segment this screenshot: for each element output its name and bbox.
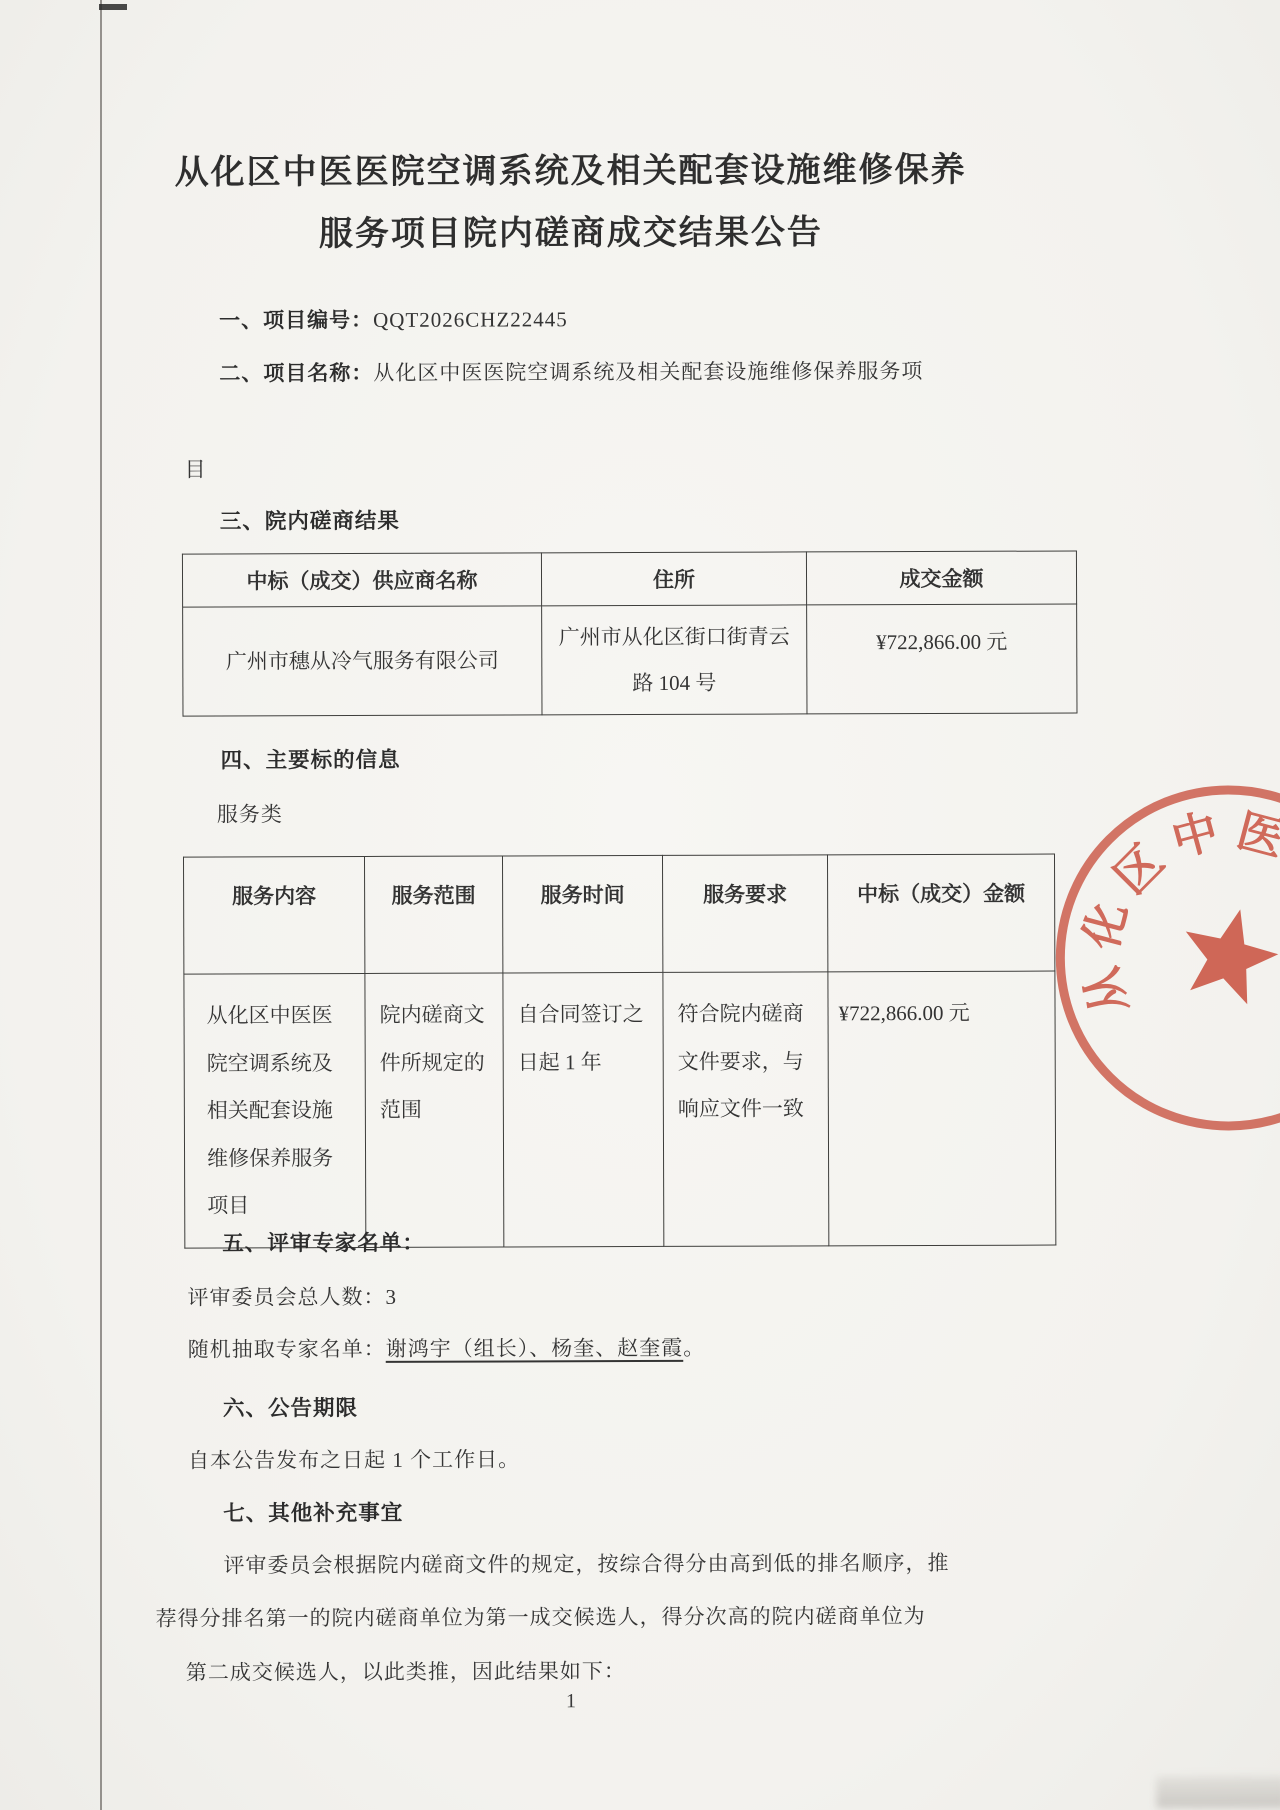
negotiation-result-table: 中标（成交）供应商名称 住所 成交金额 广州市穗从冷气服务有限公司 广州市从化区… [182,550,1078,716]
header-service-content: 服务内容 [183,856,364,974]
experts-line: 随机抽取专家名单：谢鸿宇（组长）、杨奎、赵奎霞。 [188,1332,706,1364]
scan-smudge [1156,1776,1280,1808]
project-number-line: 一、项目编号：QQT2026CHZ22445 [219,303,568,334]
section-6-heading: 六、公告期限 [223,1391,358,1422]
supplement-line-1: 评审委员会根据院内磋商文件的规定，按综合得分由高到低的排名顺序，推 [223,1547,949,1580]
cell-award-amount: ¥722,866.00 元 [828,971,1056,1246]
project-name-label: 二、项目名称： [219,362,373,386]
header-amount: 成交金额 [806,551,1076,605]
table-row: 从化区中医医院空调系统及相关配套设施维修保养服务项目 院内磋商文件所规定的范围 … [184,971,1056,1248]
service-category-label: 服务类 [217,798,283,828]
header-supplier-name: 中标（成交）供应商名称 [182,553,541,607]
cell-service-time: 自合同签订之日起 1 年 [503,972,664,1247]
table-header-row: 服务内容 服务范围 服务时间 服务要求 中标（成交）金额 [183,854,1054,974]
cell-amount: ¥722,866.00 元 [807,604,1077,714]
cell-supplier-name: 广州市穗从冷气服务有限公司 [183,606,542,716]
project-name-line: 二、项目名称：从化区中医医院空调系统及相关配套设施维修保养服务项 [219,355,923,387]
committee-total-line: 评审委员会总人数：3 [187,1281,397,1312]
experts-period: 。 [683,1336,705,1360]
seal-star [1172,898,1280,1009]
subject-info-table: 服务内容 服务范围 服务时间 服务要求 中标（成交）金额 从化区中医医院空调系统… [183,854,1056,1249]
cell-service-requirement: 符合院内磋商文件要求，与响应文件一致 [663,972,829,1247]
experts-names: 谢鸿宇（组长）、杨奎、赵奎霞 [386,1336,684,1361]
section-5-heading: 五、评审专家名单： [222,1226,425,1258]
section-7-heading: 七、其他补充事宜 [223,1496,403,1528]
project-name-value: 从化区中医医院空调系统及相关配套设施维修保养服务项 [373,359,923,385]
cell-service-content: 从化区中医医院空调系统及相关配套设施维修保养服务项目 [184,973,366,1248]
seal-char: 中 [1166,804,1224,866]
section-4-heading: 四、主要标的信息 [221,743,401,775]
project-name-wrap: 目 [185,454,207,484]
project-number-value: QQT2026CHZ22445 [373,307,568,332]
cell-service-scope: 院内磋商文件所规定的范围 [365,973,504,1247]
header-award-amount: 中标（成交）金额 [827,854,1054,972]
cell-address: 广州市从化区街口街青云路 104 号 [542,605,807,715]
scanned-document-page: 从化区中医医院空调系统及相关配套设施维修保养 服务项目院内磋商成交结果公告 一、… [0,0,1280,1810]
seal-ring-text: 从 化 区 中 医 [1073,804,1280,1021]
header-service-requirement: 服务要求 [662,855,827,973]
project-number-label: 一、项目编号： [219,309,373,333]
title-line-1: 从化区中医医院空调系统及相关配套设施维修保养 [150,139,990,204]
table-row: 广州市穗从冷气服务有限公司 广州市从化区街口街青云路 104 号 ¥722,86… [183,604,1077,716]
seal-char: 区 [1104,834,1173,903]
official-red-seal: 从 化 区 中 医 [1038,767,1280,1148]
title-line-2: 服务项目院内磋商成交结果公告 [151,201,991,266]
experts-label: 随机抽取专家名单： [188,1337,386,1362]
scan-edge-line [100,0,102,1810]
announcement-period-line: 自本公告发布之日起 1 个工作日。 [188,1443,520,1474]
table-header-row: 中标（成交）供应商名称 住所 成交金额 [182,551,1076,607]
supplement-line-2: 荐得分排名第一的院内磋商单位为第一成交候选人，得分次高的院内磋商单位为 [156,1600,926,1633]
document-body: 从化区中医医院空调系统及相关配套设施维修保养 服务项目院内磋商成交结果公告 一、… [0,0,1280,1810]
header-service-scope: 服务范围 [364,856,502,973]
page-number: 1 [6,1688,1136,1715]
header-address: 住所 [541,552,806,606]
supplement-line-3: 第二成交候选人，以此类推，因此结果如下： [186,1655,626,1687]
scan-corner-tick [99,4,127,10]
header-service-time: 服务时间 [502,855,662,973]
section-3-heading: 三、院内磋商结果 [220,504,400,536]
seal-char: 化 [1074,897,1136,956]
seal-char: 从 [1074,962,1136,1020]
document-title: 从化区中医医院空调系统及相关配套设施维修保养 服务项目院内磋商成交结果公告 [150,139,990,266]
seal-char: 医 [1232,804,1280,866]
